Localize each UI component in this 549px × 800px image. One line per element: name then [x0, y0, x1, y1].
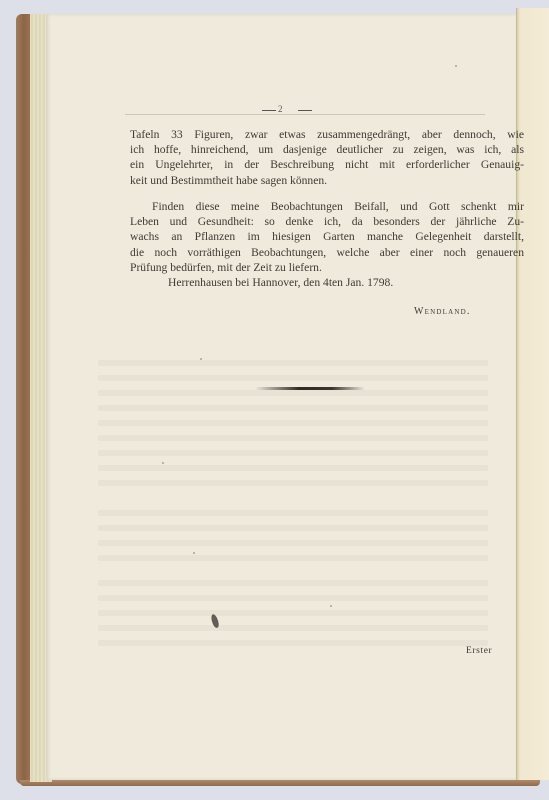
text-line: Prüfung bedürfen, mit der Zeit zu liefer… — [130, 260, 524, 275]
header-dash-right — [298, 110, 312, 111]
ink-speck — [455, 65, 457, 67]
text-line: wachs an Pflanzen im hiesigen Garten man… — [130, 229, 524, 244]
text-line: Leben und Gesundheit: so denke ich, da b… — [130, 214, 524, 229]
page-number: 2 — [278, 104, 283, 114]
text-line: keit und Bestimmtheit habe sagen können. — [130, 173, 524, 188]
ink-speck — [162, 462, 164, 464]
text-line: Finden diese meine Beobachtungen Beifall… — [130, 199, 524, 214]
running-head-rule — [125, 114, 485, 116]
text-line: ich hoffe, hinreichend, um dasjenige deu… — [130, 142, 524, 157]
book-cover-bottom-edge — [20, 780, 540, 786]
paragraph-1: Tafeln 33 Figuren, zwar etwas zusammenge… — [130, 127, 524, 188]
place-and-date: Herrenhausen bei Hannover, den 4ten Jan.… — [168, 276, 393, 289]
catchword: Erster — [466, 646, 492, 656]
text-line: Tafeln 33 Figuren, zwar etwas zusammenge… — [130, 127, 524, 142]
ink-smudge-rule — [255, 387, 365, 390]
page-gutter — [516, 8, 549, 780]
ink-speck — [200, 358, 202, 360]
header-dash-left — [262, 110, 276, 111]
text-line: ein Ungelehrter, in der Beschreibung nic… — [130, 157, 524, 172]
paragraph-2: Finden diese meine Beobachtungen Beifall… — [130, 199, 524, 275]
text-line: die noch vorräthigen Beobachtungen, welc… — [130, 245, 524, 260]
author-signature: Wendland. — [414, 306, 471, 317]
ink-speck — [330, 605, 332, 607]
ink-speck — [193, 552, 195, 554]
book — [12, 8, 549, 792]
